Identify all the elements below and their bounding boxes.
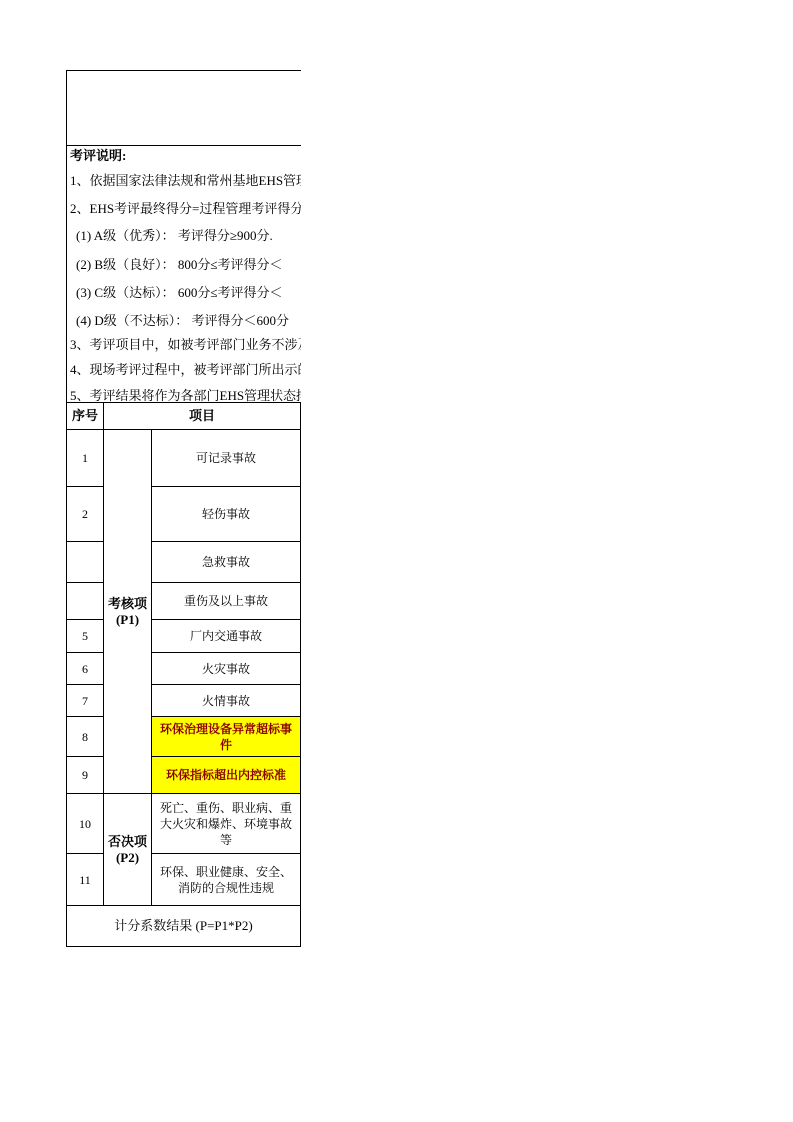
- row-index-cell: [67, 583, 104, 620]
- item-cell: 轻伤事故: [152, 487, 301, 542]
- table-row: 急救事故: [67, 542, 301, 583]
- note-line-4: 4、现场考评过程中，被考评部门所出示的: [70, 362, 301, 378]
- row-index-cell: 11: [67, 854, 104, 906]
- assessment-table: 序号 项目 1 考核项 (P1) 可记录事故 2 轻伤事故 急救事故 重伤及以上…: [66, 402, 301, 947]
- note-line-5: 5、考评结果将作为各部门EHS管理状态排: [70, 388, 301, 402]
- table-row: 10 否决项 (P2) 死亡、重伤、职业病、重大火灾和爆炸、环境事故等: [67, 794, 301, 854]
- table-row: 11 环保、职业健康、安全、消防的合规性违规: [67, 854, 301, 906]
- item-cell: 死亡、重伤、职业病、重大火灾和爆炸、环境事故等: [152, 794, 301, 854]
- row-index-cell: 2: [67, 487, 104, 542]
- table-row: 1 考核项 (P1) 可记录事故: [67, 430, 301, 487]
- note-line-3: 3、考评项目中，如被考评部门业务不涉及: [70, 337, 301, 353]
- row-index-cell: 7: [67, 685, 104, 717]
- item-cell: 急救事故: [152, 542, 301, 583]
- row-index-cell: 9: [67, 757, 104, 794]
- item-cell: 火情事故: [152, 685, 301, 717]
- note-line-1: 1、依据国家法律法规和常州基地EHS管理: [70, 173, 301, 189]
- row-index-cell: [67, 542, 104, 583]
- table-row: 9 环保指标超出内控标准: [67, 757, 301, 794]
- score-formula-cell: 计分系数结果 (P=P1*P2): [67, 906, 301, 947]
- notes-section: 考评说明: 1、依据国家法律法规和常州基地EHS管理 2、EHS考评最终得分=过…: [66, 145, 301, 402]
- row-index-cell: 6: [67, 653, 104, 685]
- item-cell: 厂内交通事故: [152, 620, 301, 653]
- table-row: 重伤及以上事故: [67, 583, 301, 620]
- row-index-cell: 5: [67, 620, 104, 653]
- row-index-cell: 8: [67, 717, 104, 757]
- col-header-item: 项目: [104, 403, 301, 430]
- table-row: 6 火灾事故: [67, 653, 301, 685]
- row-index-cell: 1: [67, 430, 104, 487]
- note-line-grade-c: (3) C级（达标）： 600分≤考评得分＜: [76, 285, 282, 301]
- table-row: 7 火情事故: [67, 685, 301, 717]
- item-cell-highlighted: 环保指标超出内控标准: [152, 757, 301, 794]
- note-line-grade-a: (1) A级（优秀）： 考评得分≥900分.: [76, 228, 273, 244]
- col-header-index: 序号: [67, 403, 104, 430]
- note-line-grade-b: (2) B级（良好）： 800分≤考评得分＜: [76, 257, 282, 273]
- spreadsheet-page: { "document": { "notes": { "heading": "考…: [0, 0, 793, 1122]
- item-cell: 环保、职业健康、安全、消防的合规性违规: [152, 854, 301, 906]
- title-box: [66, 70, 301, 146]
- table-header-row: 序号 项目: [67, 403, 301, 430]
- table-row: 8 环保治理设备异常超标事件: [67, 717, 301, 757]
- item-cell: 重伤及以上事故: [152, 583, 301, 620]
- item-cell: 火灾事故: [152, 653, 301, 685]
- note-line-grade-d: (4) D级（不达标）： 考评得分＜600分: [76, 313, 289, 329]
- notes-heading: 考评说明:: [70, 148, 126, 164]
- group-cell-p2: 否决项 (P2): [104, 794, 152, 906]
- table-row: 5 厂内交通事故: [67, 620, 301, 653]
- table-row: 2 轻伤事故: [67, 487, 301, 542]
- note-line-2: 2、EHS考评最终得分=过程管理考评得分: [70, 201, 301, 217]
- table-footer-row: 计分系数结果 (P=P1*P2): [67, 906, 301, 947]
- row-index-cell: 10: [67, 794, 104, 854]
- item-cell: 可记录事故: [152, 430, 301, 487]
- item-cell-highlighted: 环保治理设备异常超标事件: [152, 717, 301, 757]
- group-cell-p1: 考核项 (P1): [104, 430, 152, 794]
